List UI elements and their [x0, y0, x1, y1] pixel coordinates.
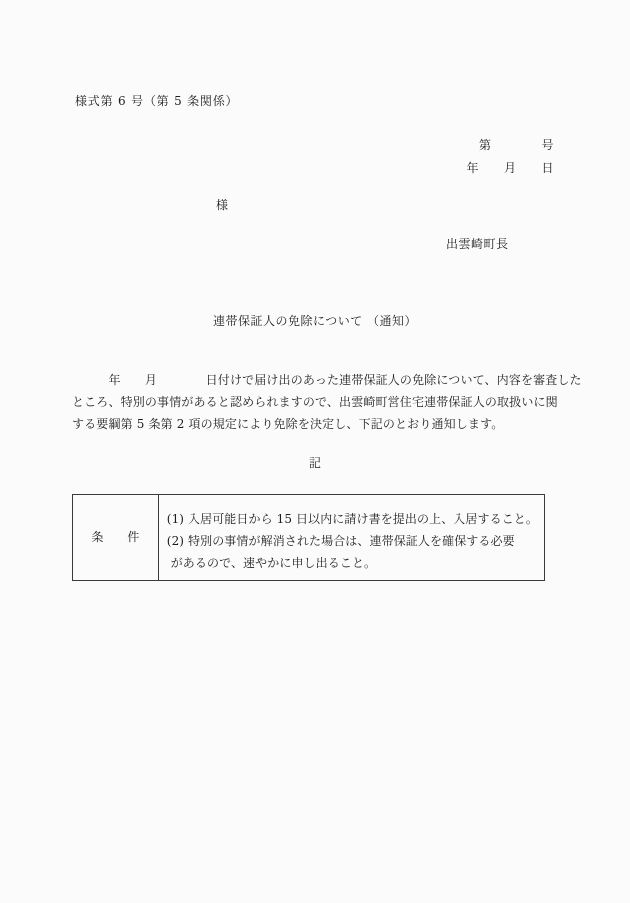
conditions-table: 条 件 (1) 入居可能日から 15 日以内に請け書を提出の上、入居すること。 …: [72, 494, 545, 581]
conditions-label-cell: 条 件: [73, 495, 159, 580]
body-line: ところ、特別の事情があると認められますので、出雲崎町営住宅連帯保証人の取扱いに関: [72, 395, 558, 409]
condition-line: (2) 特別の事情が解消された場合は、連帯保証人を確保する必要: [167, 530, 538, 552]
body-line: 年 月 日付けで届け出のあった連帯保証人の免除について、内容を審査した: [72, 373, 582, 387]
form-number: 様式第 6 号（第 5 条関係）: [75, 94, 238, 108]
condition-line: があるので、速やかに申し出ること。: [167, 552, 538, 574]
sender-name: 出雲崎町長: [446, 237, 509, 251]
document-number-line: 第 号: [479, 138, 554, 152]
document-page: 様式第 6 号（第 5 条関係） 第 号 年 月 日 様 出雲崎町長 連帯保証人…: [0, 0, 630, 903]
date-line: 年 月 日: [466, 161, 554, 175]
addressee-honorific: 様: [216, 198, 228, 212]
body-line: する要綱第 5 条第 2 項の規定により免除を決定し、下記のとおり通知します。: [72, 417, 503, 431]
notation-ki: 記: [0, 456, 630, 470]
condition-line: (1) 入居可能日から 15 日以内に請け書を提出の上、入居すること。: [167, 508, 538, 530]
conditions-label: 条 件: [91, 530, 139, 544]
conditions-content-cell: (1) 入居可能日から 15 日以内に請け書を提出の上、入居すること。 (2) …: [159, 495, 544, 580]
document-title: 連帯保証人の免除について （通知）: [0, 314, 630, 328]
